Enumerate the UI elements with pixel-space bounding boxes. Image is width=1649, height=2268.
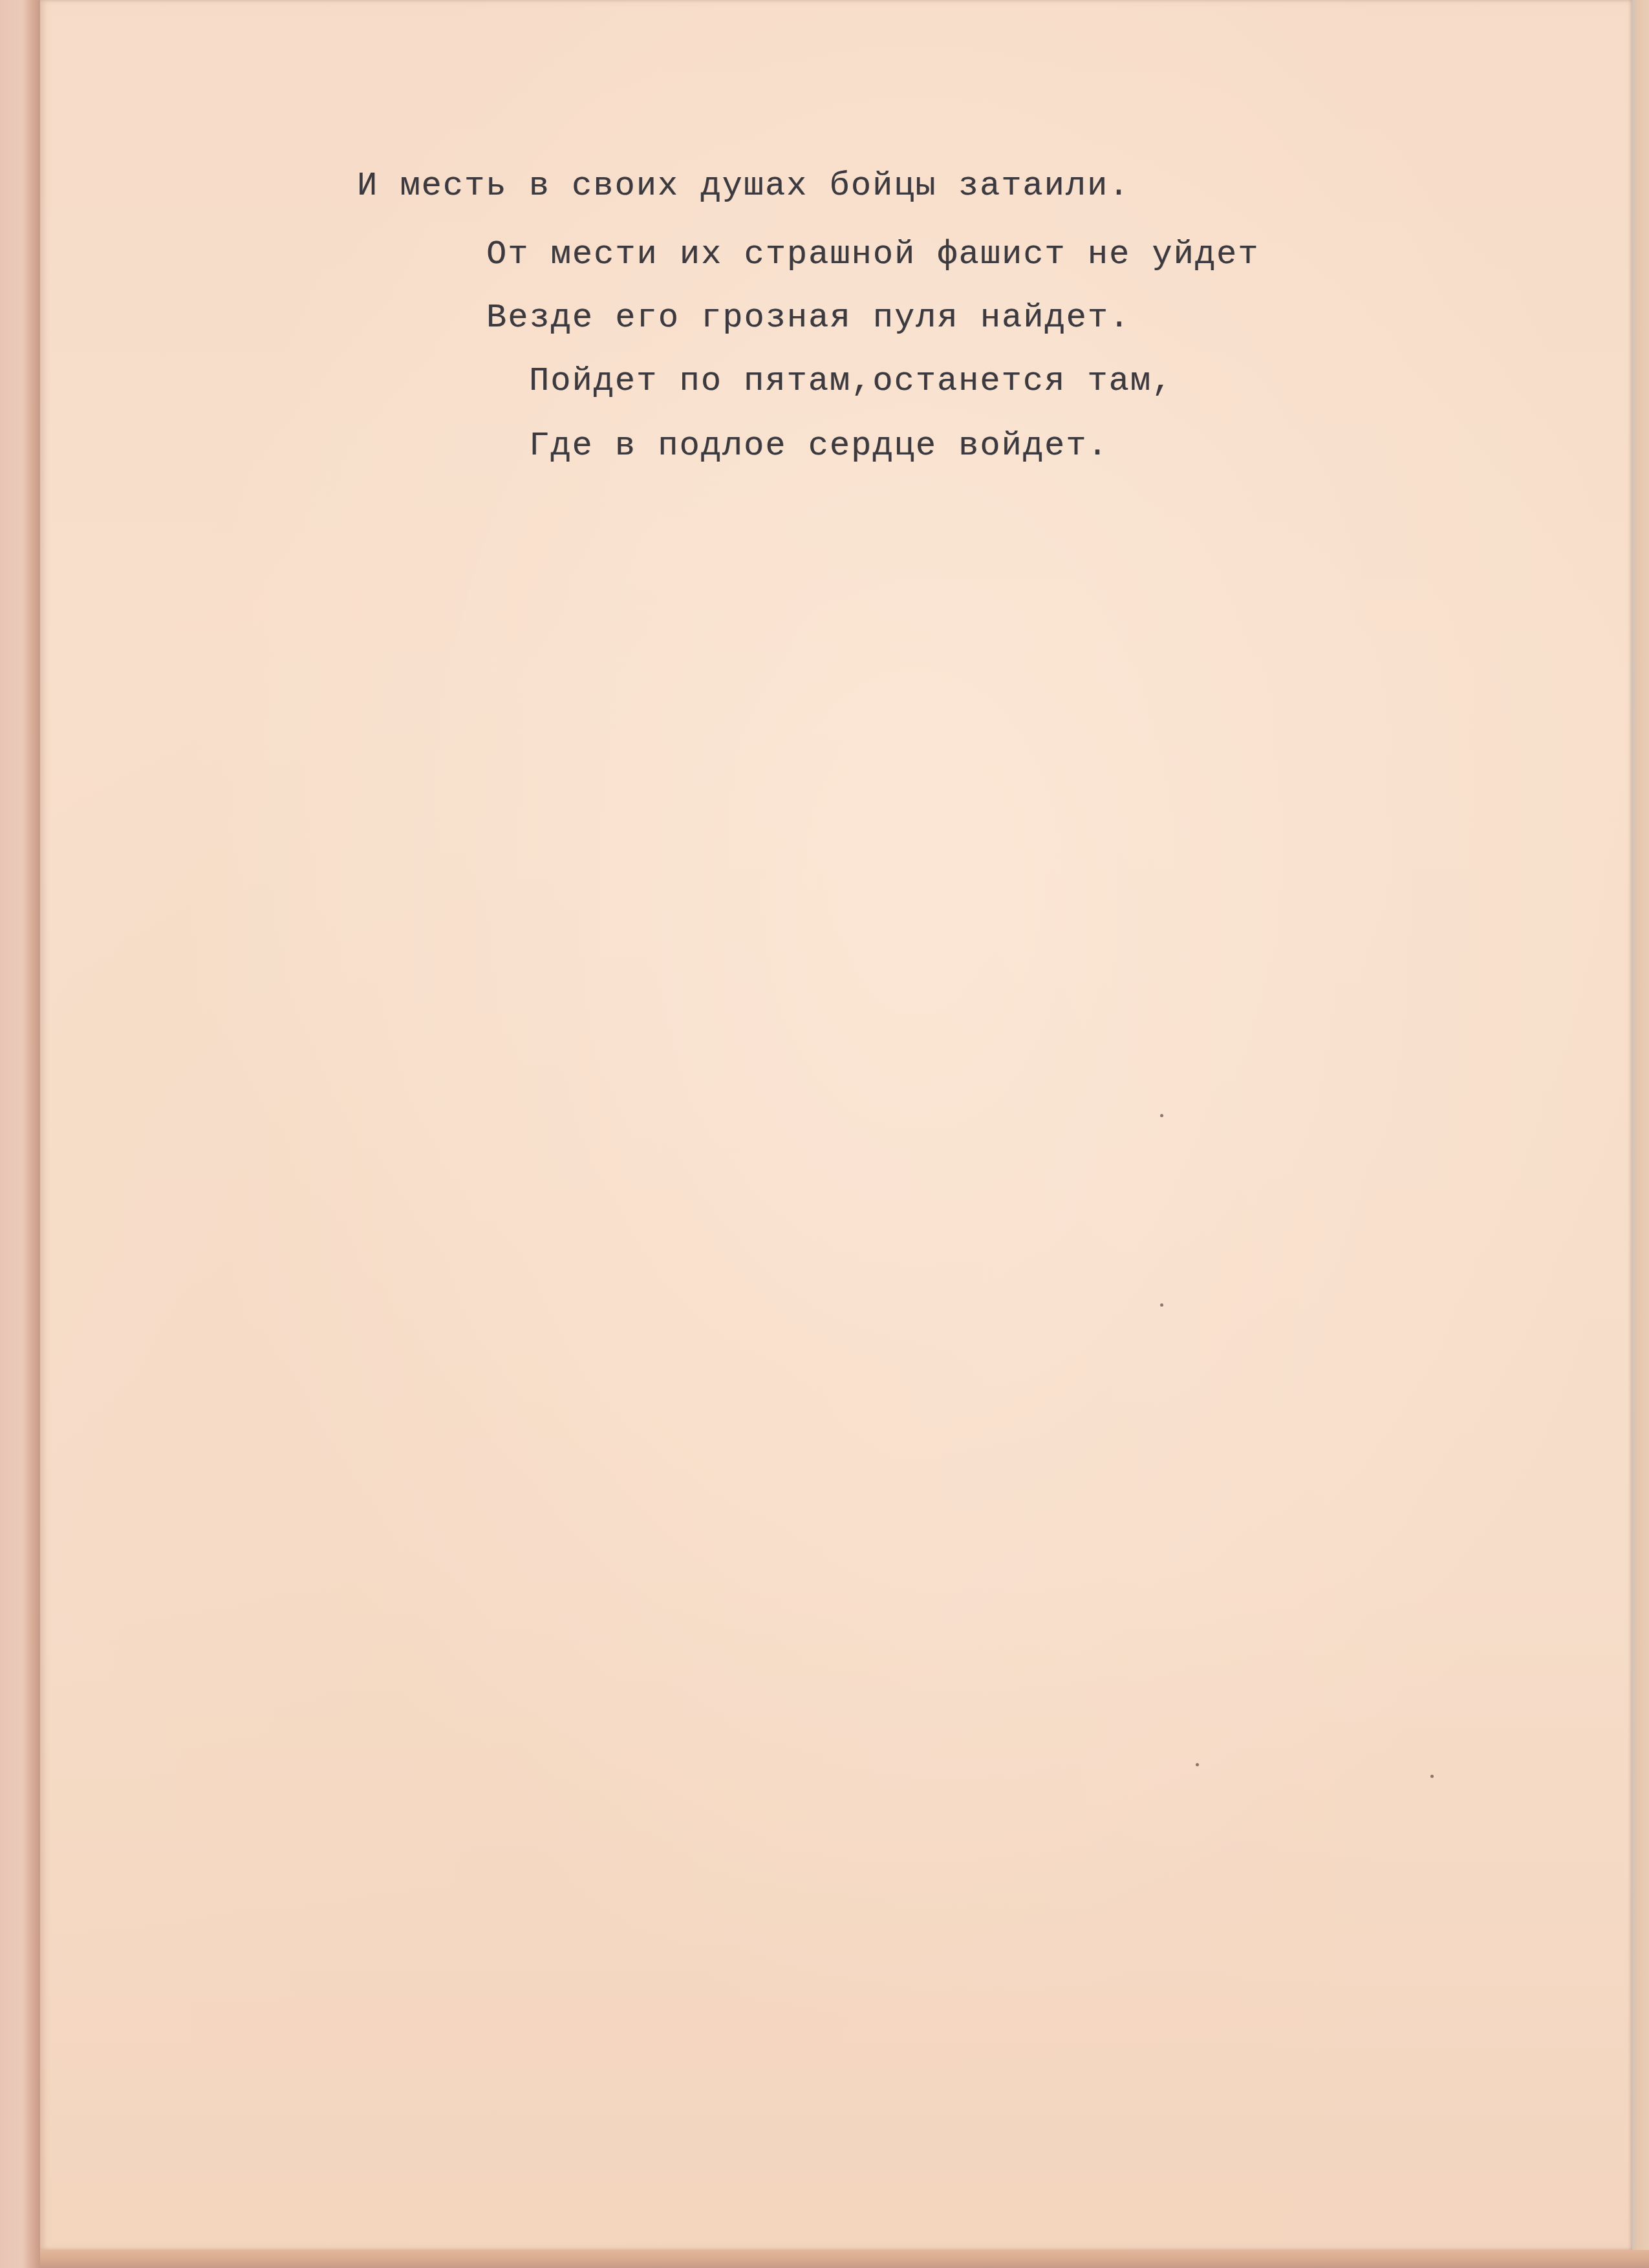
paper-sheet — [40, 0, 1632, 2250]
paper-speck — [1430, 1775, 1434, 1778]
paper-bottom-edge — [40, 2250, 1649, 2268]
paper-speck — [1160, 1114, 1163, 1117]
book-spine — [0, 0, 40, 2268]
poem-line: Везде его грозная пуля найдет. — [486, 299, 1130, 337]
paper-speck — [1196, 1763, 1199, 1766]
poem-line: От мести их страшной фашист не уйдет — [486, 235, 1259, 273]
poem-line: Где в подлое сердце войдет. — [529, 427, 1109, 465]
poem-line: Пойдет по пятам,останется там, — [529, 362, 1173, 400]
poem-line: И месть в своих душах бойцы затаили. — [357, 167, 1130, 205]
poem-block: И месть в своих душах бойцы затаили. От … — [0, 0, 43, 229]
paper-speck — [1160, 1303, 1163, 1307]
